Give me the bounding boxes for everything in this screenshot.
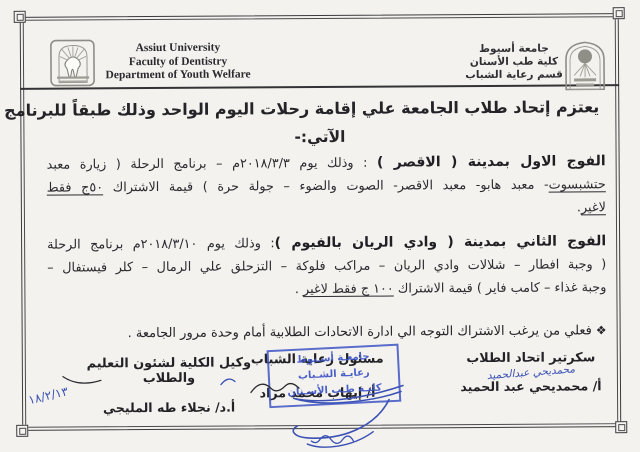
department-name-ar: قسم رعاية الشباب [458,68,570,82]
trip-2-heading: الفوج الثاني بمدينة ( وادي الريان بالفيو… [275,233,607,251]
registration-note: ❖فعلي من يرغب الاشتراك التوجه الي ادارة … [48,319,607,345]
trip-1-heading: الفوج الاول بمدينة ( الاقصر ) [377,153,606,170]
dentistry-seal-icon [48,38,98,92]
faculty-name-en: Faculty of Dentistry [78,55,278,70]
trip-2-line-1: الفوج الثاني بمدينة ( وادي الريان بالفيو… [47,230,606,256]
header-english: Assiut University Faculty of Dentistry D… [78,41,278,83]
trip-1-line-3: لاغير. [47,196,606,222]
trip-1-program-intro: م – برنامج الرحلة ( زيارة معبد [47,156,240,172]
trip-1-itinerary: - معبد هابو- معبد الاقصر- الصوت والضوء –… [103,178,549,196]
trip-2-period: . [295,282,303,297]
title-line-2: الآتي:- [40,121,599,152]
scanned-announcement-page: { "colors": { "ink": "#2b2b30", "frame":… [0,0,640,452]
trip-1-line-2: حتشبسوت- معبد هابو- معبد الاقصر- الصوت و… [47,173,606,199]
announcement-title: يعتزم إتحاد طلاب الجامعة علي إقامة رحلات… [40,93,599,152]
trip-1-intro: : وذلك يوم [290,156,377,172]
signature-student-union-secretary: سكرتير اتحاد الطلاب محمديحي عبدالحميد أ/… [442,350,620,394]
trip-2-line-3: وجبة غذاء – كامب فاير ) قيمة الاشتراك ١٠… [47,276,606,302]
trip-2-itinerary-2: وجبة غذاء – كامب فاير ) قيمة الاشتراك [394,280,607,296]
trip-2-date: ٢٠١٨/٣/١٠ [141,237,198,252]
faculty-name-ar: كلية طب الأسنان [458,55,570,69]
signature-name: أ.د/ نجلاء طه المليجي [60,399,278,415]
trip-1-fee: ٥٠ج فقط [47,180,103,195]
frame-corner-ornament [16,425,28,437]
trip-2-intro: : وذلك يوم [197,236,274,251]
university-name-ar: جامعة أسيوط [458,42,570,56]
university-name-en: Assiut University [78,41,278,56]
signature-title: وكيل الكلية لشئون التعليم والطلاب [60,355,278,386]
signature-scribble-blue-tail [307,432,373,448]
registration-note-text: فعلي من يرغب الاشتراك التوجه الي ادارة ا… [128,323,592,341]
trip-2-itinerary-1: ( وجبة افطار – شلالات وادي الريان – مراك… [47,257,606,275]
trip-1-date: ٢٠١٨/٣/٣ [240,156,290,171]
frame-corner-ornament [613,7,625,19]
trip-1-line-1: الفوج الاول بمدينة ( الاقصر ) : وذلك يوم… [47,150,606,176]
faculty-blue-stamp: جامعـة أسـيوط رعايـة الشـباب كليـة طـب ا… [267,344,402,408]
frame-corner-ornament [14,11,26,23]
scan-content: Assiut University Faculty of Dentistry D… [0,0,640,452]
title-line-1: يعتزم إتحاد طلاب الجامعة علي إقامة رحلات… [40,93,599,124]
assiut-university-emblem-icon [561,39,609,97]
trip-1-only-word: لاغير [581,200,606,215]
header-arabic: جامعة أسيوط كلية طب الأسنان قسم رعاية ال… [458,42,570,82]
trip-2-line-2: ( وجبة افطار – شلالات وادي الريان – مراك… [47,253,606,279]
trip-1-temple: حتشبسوت [549,177,606,192]
announcement-body: الفوج الاول بمدينة ( الاقصر ) : وذلك يوم… [47,150,607,345]
decorative-frame: Assiut University Faculty of Dentistry D… [20,13,622,431]
department-name-en: Department of Youth Welfare [78,68,278,83]
trip-1-paragraph: الفوج الاول بمدينة ( الاقصر ) : وذلك يوم… [47,150,606,222]
diamond-bullet-icon: ❖ [596,323,607,337]
signature-vice-dean: وكيل الكلية لشئون التعليم والطلاب أ.د/ ن… [60,355,278,415]
trip-2-fee: ١٠٠ ج فقط لاغير [303,282,394,298]
signature-scribble-blue-wave [311,436,353,444]
frame-corner-ornament [615,421,627,433]
trip-2-paragraph: الفوج الثاني بمدينة ( وادي الريان بالفيو… [47,230,606,302]
trip-2-program-intro: م برنامج الرحلة [47,237,141,253]
